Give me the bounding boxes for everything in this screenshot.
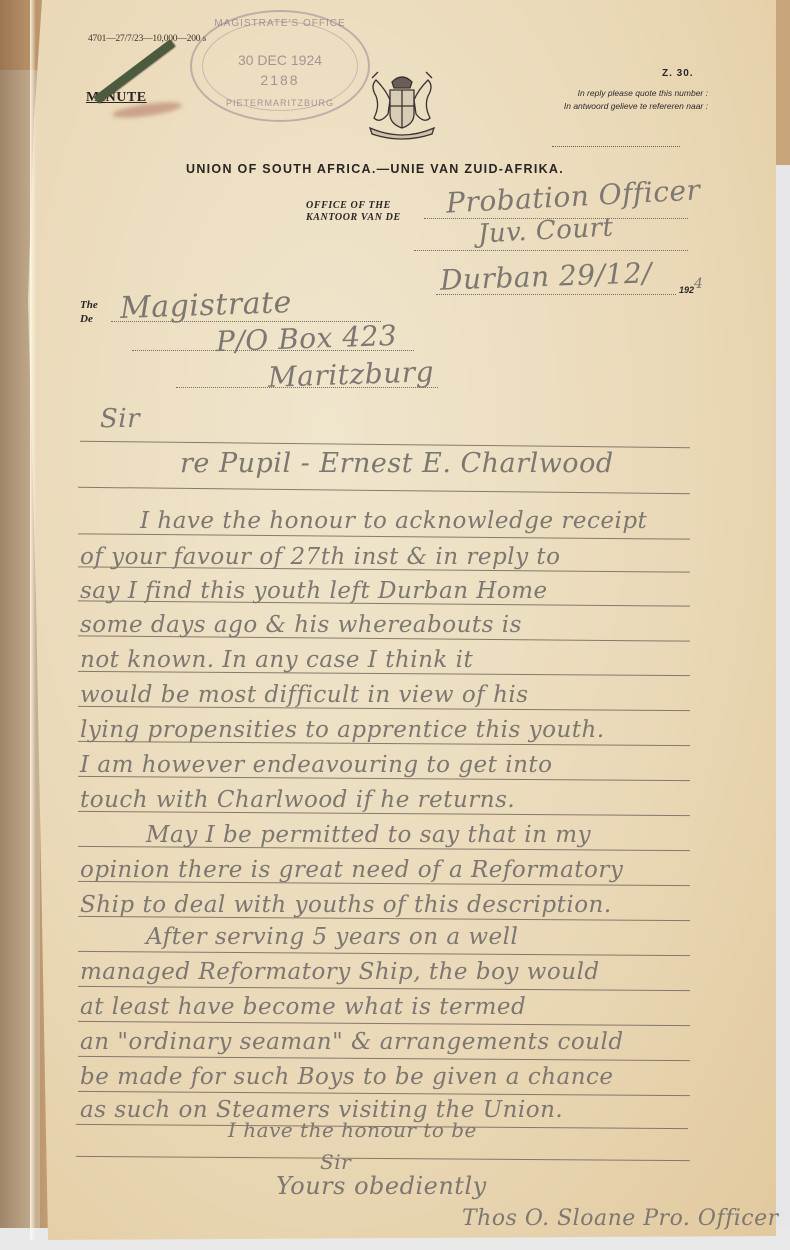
body-line-9: touch with Charlwood if he returns. [80, 787, 515, 813]
body-line-12: Ship to deal with youths of this descrip… [80, 892, 612, 918]
closing-line-1: I have the honour to be [228, 1118, 477, 1142]
body-line-5: not known. In any case I think it [80, 647, 473, 673]
letterhead-title: UNION OF SOUTH AFRICA.—UNIE VAN ZUID-AFR… [186, 162, 564, 176]
body-line-11: opinion there is great need of a Reforma… [80, 857, 623, 883]
addressee-label-afrikaans: De [80, 312, 98, 326]
year-prefix: 192 [679, 285, 694, 295]
body-line-8: I am however endeavouring to get into [80, 752, 552, 778]
body-line-6: would be most difficult in view of his [80, 682, 529, 708]
hand-addressee: Magistrate [119, 285, 292, 326]
hand-salutation: Sir [100, 404, 140, 434]
body-line-17: be made for such Boys to be given a chan… [80, 1064, 614, 1090]
stamp-date: 30 DEC 1924 [192, 52, 368, 68]
closing-line-2: Sir [320, 1150, 351, 1174]
hand-address-2: Maritzburg [267, 355, 434, 394]
received-stamp: MAGISTRATE'S OFFICE 30 DEC 1924 2188 PIE… [190, 10, 370, 122]
body-line-16: an "ordinary seaman" & arrangements coul… [80, 1029, 624, 1055]
reply-note-afrikaans: In antwoord gelieve te refereren naar : [530, 100, 708, 113]
body-line-3: say I find this youth left Durban Home [80, 578, 548, 604]
stamp-number: 2188 [192, 72, 368, 88]
reply-instructions: In reply please quote this number : In a… [530, 87, 708, 113]
body-line-2: of your favour of 27th inst & in reply t… [80, 544, 561, 570]
office-label: OFFICE OF THE KANTOOR VAN DE [306, 200, 401, 224]
body-line-15: at least have become what is termed [80, 994, 526, 1020]
office-line-2 [414, 250, 688, 251]
coat-of-arms-icon [362, 68, 442, 140]
stamp-place: PIETERMARITZBURG [192, 98, 368, 108]
closing-line-3: Yours obediently [276, 1172, 487, 1200]
addressee-label: The De [80, 298, 98, 326]
reply-note-english: In reply please quote this number : [530, 87, 708, 100]
paper-edge-highlight [30, 0, 36, 1240]
addressee-label-english: The [80, 298, 98, 312]
hand-subject: re Pupil - Ernest E. Charlwood [180, 448, 614, 479]
print-reference: 4701—27/7/23—10,000—200 s [88, 34, 206, 44]
hand-address-1: P/O Box 423 [215, 319, 397, 358]
stamp-office: MAGISTRATE'S OFFICE [192, 18, 368, 29]
office-label-english: OFFICE OF THE [306, 200, 401, 212]
hand-year-suffix: 4 [694, 276, 703, 292]
body-line-10: May I be permitted to say that in my [146, 822, 591, 848]
body-line-7: lying propensities to apprentice this yo… [80, 717, 605, 743]
body-line-14: managed Reformatory Ship, the boy would [80, 959, 600, 985]
body-line-13: After serving 5 years on a well [146, 924, 518, 950]
reference-number-line [552, 146, 680, 147]
body-line-4: some days ago & his whereabouts is [80, 612, 522, 638]
form-number: Z. 30. [662, 68, 694, 79]
signature: Thos O. Sloane Pro. Officer [462, 1206, 779, 1231]
office-label-afrikaans: KANTOOR VAN DE [306, 212, 401, 224]
body-line-1: I have the honour to acknowledge receipt [140, 508, 647, 534]
